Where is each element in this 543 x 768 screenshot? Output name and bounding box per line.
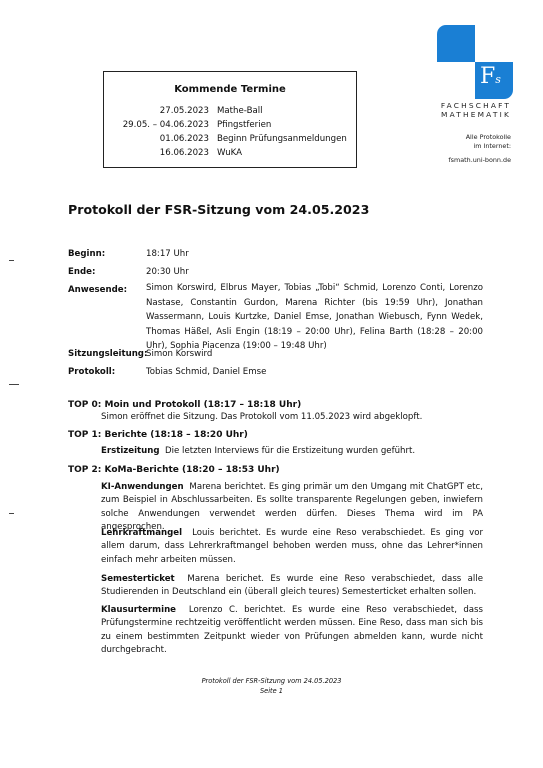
date-row: 27.05.2023 Mathe-Ball xyxy=(104,106,356,120)
top-0-text: Simon eröffnet die Sitzung. Das Protokol… xyxy=(101,411,483,425)
event-name: Mathe-Ball xyxy=(217,106,263,116)
report-item: Klausurtermine Lorenzo C. berichtet. Es … xyxy=(101,604,483,658)
label-ende: Ende: xyxy=(68,267,95,277)
top-0-heading: TOP 0: Moin und Protokoll (18:17 – 18:18… xyxy=(68,400,301,410)
top-1-heading: TOP 1: Berichte (18:18 – 18:20 Uhr) xyxy=(68,430,248,440)
fold-mark xyxy=(9,260,14,261)
value-ende: 20:30 Uhr xyxy=(146,265,483,280)
upcoming-dates-box: Kommende Termine 27.05.2023 Mathe-Ball 2… xyxy=(103,71,357,168)
item-lead: KI-Anwendungen xyxy=(101,482,184,492)
protocols-note: Alle Protokolle im Internet: xyxy=(466,133,511,151)
value-protokoll: Tobias Schmid, Daniel Emse xyxy=(146,365,483,380)
document-title: Protokoll der FSR-Sitzung vom 24.05.2023 xyxy=(68,202,369,217)
fold-mark xyxy=(9,513,14,514)
label-protokoll: Protokoll: xyxy=(68,367,115,377)
item-lead: Semesterticket xyxy=(101,574,175,584)
item-text: Die letzten Interviews für die Erstizeit… xyxy=(165,446,415,456)
date-row: 16.06.2023 WuKA xyxy=(104,148,356,162)
date-row: 01.06.2023 Beginn Prüfungsanmeldungen xyxy=(104,134,356,148)
label-beginn: Beginn: xyxy=(68,249,105,259)
item-lead: Klausurtermine xyxy=(101,605,176,615)
logo-text-line2: MATHEMATIK xyxy=(435,110,517,119)
value-anwesende: Simon Korswird, Elbrus Mayer, Tobias „To… xyxy=(146,281,483,354)
value-beginn: 18:17 Uhr xyxy=(146,247,483,262)
logo-square-top xyxy=(437,25,475,62)
label-anwesende: Anwesende: xyxy=(68,285,127,295)
report-item: Lehrkraftmangel Louis berichtet. Es wurd… xyxy=(101,527,483,567)
value-sitzungsleitung: Simon Korswird xyxy=(146,347,483,362)
upcoming-dates-title: Kommende Termine xyxy=(104,84,356,95)
report-item: Erstizeitung Die letzten Interviews für … xyxy=(101,445,483,458)
event-name: WuKA xyxy=(217,148,242,158)
label-sitzungsleitung: Sitzungsleitung: xyxy=(68,349,147,359)
logo-monogram: Fs xyxy=(480,66,501,91)
date: 16.06.2023 xyxy=(160,148,209,158)
punch-mark xyxy=(9,384,19,385)
event-name: Beginn Prüfungsanmeldungen xyxy=(217,134,347,144)
logo-text-line1: FACHSCHAFT xyxy=(435,101,517,110)
item-lead: Erstizeitung xyxy=(101,446,160,456)
date: 27.05.2023 xyxy=(160,106,209,116)
top-2-heading: TOP 2: KoMa-Berichte (18:20 – 18:53 Uhr) xyxy=(68,465,280,475)
report-item: Semesterticket Marena berichet. Es wurde… xyxy=(101,573,483,600)
event-name: Pfingstferien xyxy=(217,120,271,130)
date-row: 29.05. – 04.06.2023 Pfingstferien xyxy=(104,120,356,134)
footer-title: Protokoll der FSR-Sitzung vom 24.05.2023 xyxy=(0,676,543,686)
item-lead: Lehrkraftmangel xyxy=(101,528,182,538)
date: 01.06.2023 xyxy=(160,134,209,144)
website-link[interactable]: fsmath.uni-bonn.de xyxy=(448,156,511,165)
footer-page-number: Seite 1 xyxy=(0,686,543,696)
date: 29.05. – 04.06.2023 xyxy=(123,120,209,130)
